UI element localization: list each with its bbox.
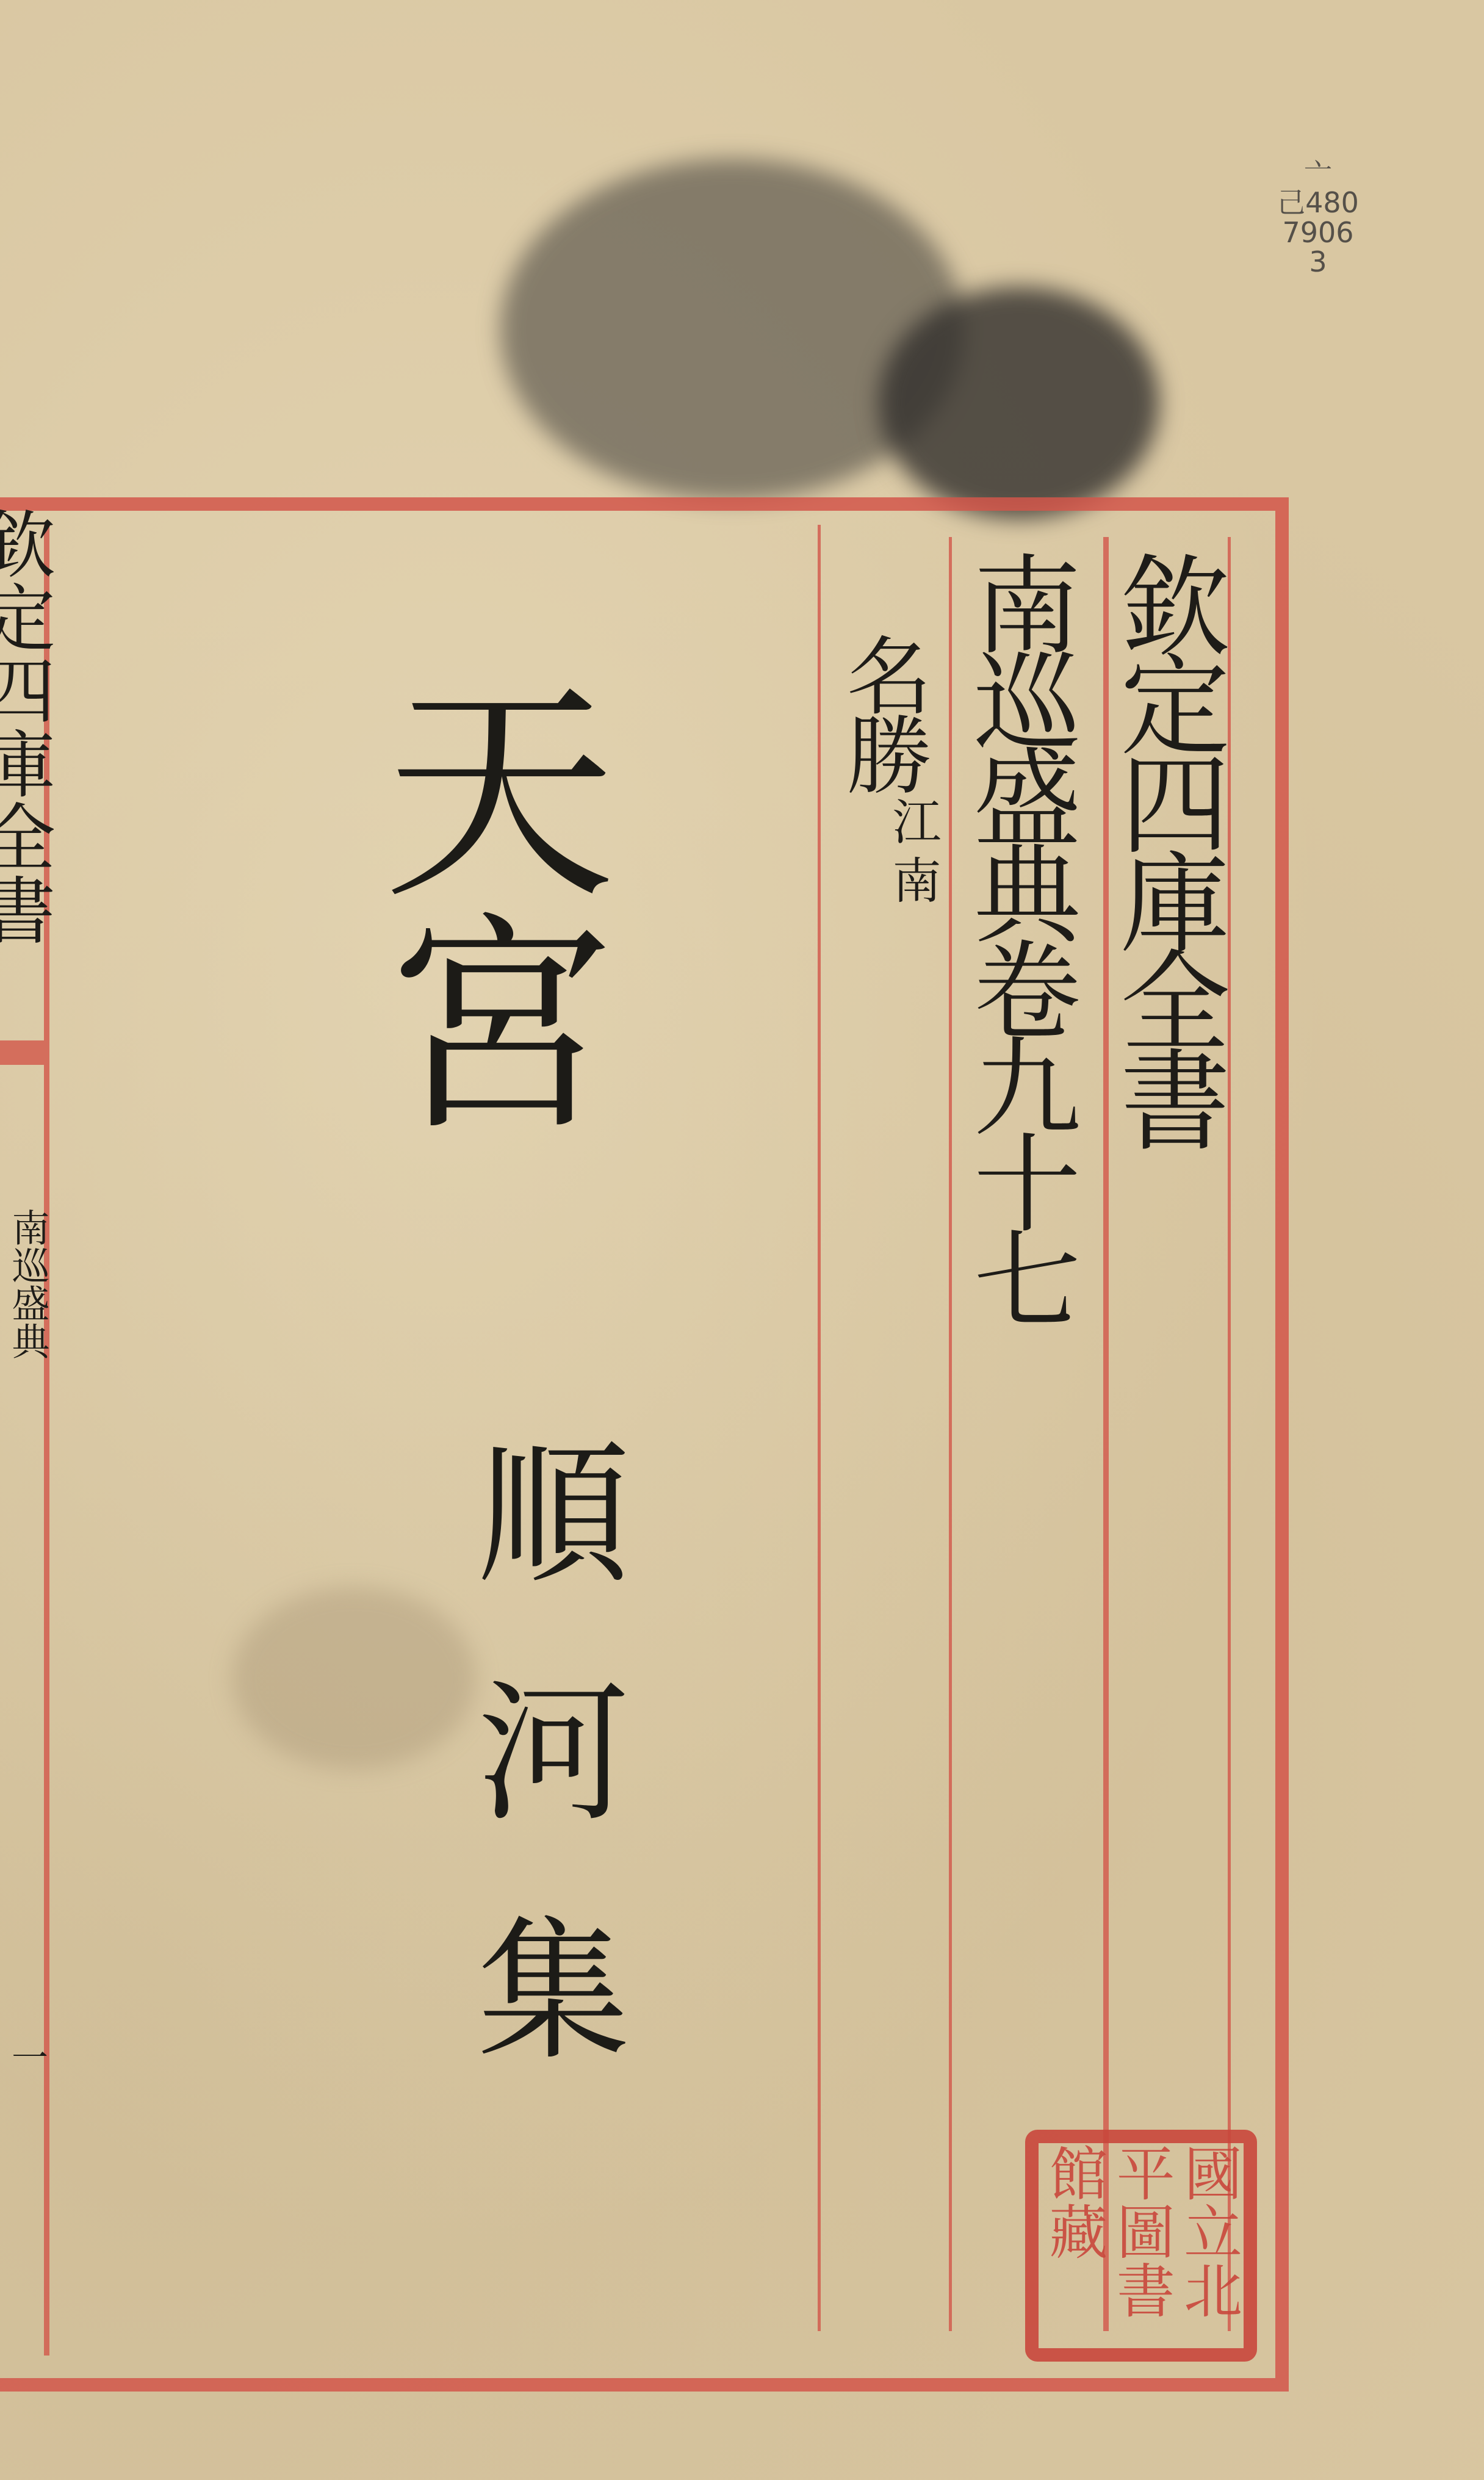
volume-title: 南巡盛典卷九十七 xyxy=(964,549,1072,1321)
shelfmark-line: 3 xyxy=(1275,247,1361,276)
left-fragment-book: 南巡盛典 xyxy=(9,1208,46,1360)
section-heading: 名勝 xyxy=(839,632,924,790)
shelfmark-annotation: 亠 己480 7906 3 xyxy=(1275,159,1361,276)
shelfmark-line: 7906 xyxy=(1275,218,1361,247)
seal-text: 國立北平圖書館藏 xyxy=(1040,2143,1242,2348)
page-border xyxy=(0,497,1289,2392)
shelfmark-line: 亠 xyxy=(1275,159,1361,188)
column-rule xyxy=(949,537,952,2331)
page-number: 一 xyxy=(9,2038,45,2075)
margin-divider xyxy=(0,1040,44,1065)
section-subheading: 江南 xyxy=(888,796,937,914)
main-title-line2: 順河集 xyxy=(464,1434,616,2148)
main-title-line1: 天宮 xyxy=(323,671,636,1135)
column-rule xyxy=(818,525,821,2331)
series-title: 欽定四庫全書 xyxy=(1111,549,1220,1142)
ink-stain xyxy=(879,287,1159,519)
shelfmark-line: 己480 xyxy=(1275,188,1361,217)
left-fragment-title: 欽定四庫全書 xyxy=(0,506,49,946)
library-seal: 國立北平圖書館藏 xyxy=(1025,2130,1257,2362)
